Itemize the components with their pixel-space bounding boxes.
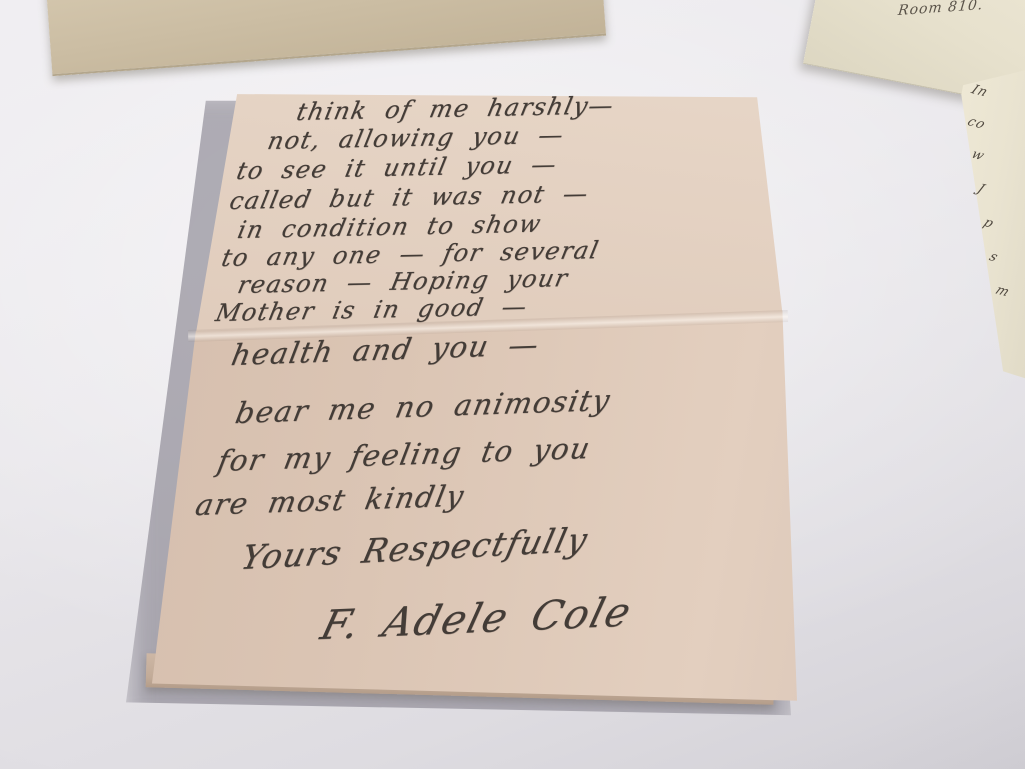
- envelope: [45, 0, 606, 76]
- photo-scene: Room 810. In co w J p s m think of me ha…: [0, 0, 1025, 769]
- letter: think of me harshly— not, allowing you —…: [140, 80, 805, 720]
